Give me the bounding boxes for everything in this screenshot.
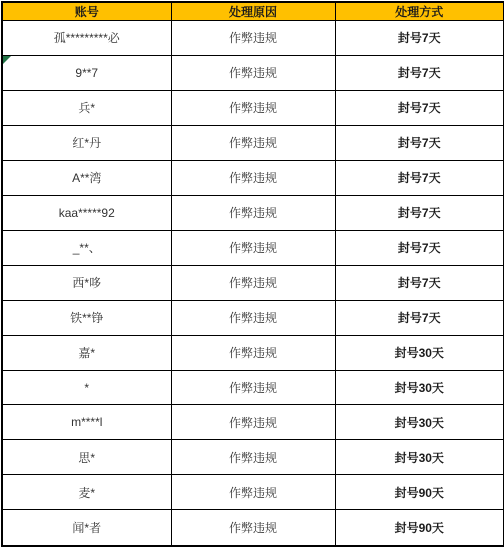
reason-cell: 作弊违规	[171, 405, 335, 440]
action-cell: 封号30天	[335, 335, 504, 370]
table-row: 思*作弊违规封号30天	[2, 440, 504, 475]
header-reason: 处理原因	[171, 2, 335, 21]
table-body: 孤*********必作弊违规封号7天9**7作弊违规封号7天兵*作弊违规封号7…	[2, 21, 504, 547]
action-cell: 封号90天	[335, 475, 504, 510]
action-cell: 封号7天	[335, 230, 504, 265]
page: 账号 处理原因 处理方式 孤*********必作弊违规封号7天9**7作弊违规…	[0, 0, 504, 550]
account-cell: 嘉*	[2, 335, 171, 370]
action-cell: 封号7天	[335, 195, 504, 230]
table-row: 兵*作弊违规封号7天	[2, 90, 504, 125]
table-row: 孤*********必作弊违规封号7天	[2, 21, 504, 56]
table-row: _**、作弊违规封号7天	[2, 230, 504, 265]
reason-cell: 作弊违规	[171, 21, 335, 56]
account-cell: _**、	[2, 230, 171, 265]
reason-cell: 作弊违规	[171, 125, 335, 160]
action-cell: 封号7天	[335, 300, 504, 335]
account-cell: 西*哆	[2, 265, 171, 300]
table-row: 闻*者作弊违规封号90天	[2, 510, 504, 546]
action-cell: 封号7天	[335, 21, 504, 56]
table-row: 9**7作弊违规封号7天	[2, 55, 504, 90]
table-row: *作弊违规封号30天	[2, 370, 504, 405]
cell-corner-marker-icon	[3, 56, 11, 64]
action-cell: 封号7天	[335, 265, 504, 300]
table-row: m****l作弊违规封号30天	[2, 405, 504, 440]
reason-cell: 作弊违规	[171, 300, 335, 335]
reason-cell: 作弊违规	[171, 335, 335, 370]
header-action: 处理方式	[335, 2, 504, 21]
account-cell: 铁**铮	[2, 300, 171, 335]
reason-cell: 作弊违规	[171, 195, 335, 230]
reason-cell: 作弊违规	[171, 230, 335, 265]
table-row: 红*丹作弊违规封号7天	[2, 125, 504, 160]
account-cell: 9**7	[2, 55, 171, 90]
account-cell: 闻*者	[2, 510, 171, 546]
account-cell: kaa*****92	[2, 195, 171, 230]
table-row: 西*哆作弊违规封号7天	[2, 265, 504, 300]
table-row: kaa*****92作弊违规封号7天	[2, 195, 504, 230]
reason-cell: 作弊违规	[171, 370, 335, 405]
account-cell: *	[2, 370, 171, 405]
table-row: 铁**铮作弊违规封号7天	[2, 300, 504, 335]
account-cell: 孤*********必	[2, 21, 171, 56]
action-cell: 封号30天	[335, 405, 504, 440]
account-cell: A**湾	[2, 160, 171, 195]
action-cell: 封号90天	[335, 510, 504, 546]
table-row: 麦*作弊违规封号90天	[2, 475, 504, 510]
punishment-table: 账号 处理原因 处理方式 孤*********必作弊违规封号7天9**7作弊违规…	[1, 1, 504, 547]
reason-cell: 作弊违规	[171, 475, 335, 510]
table-row: A**湾作弊违规封号7天	[2, 160, 504, 195]
action-cell: 封号7天	[335, 125, 504, 160]
action-cell: 封号30天	[335, 440, 504, 475]
header-account: 账号	[2, 2, 171, 21]
action-cell: 封号7天	[335, 55, 504, 90]
reason-cell: 作弊违规	[171, 90, 335, 125]
account-cell: 兵*	[2, 90, 171, 125]
reason-cell: 作弊违规	[171, 55, 335, 90]
reason-cell: 作弊违规	[171, 160, 335, 195]
account-cell: m****l	[2, 405, 171, 440]
header-row: 账号 处理原因 处理方式	[2, 2, 504, 21]
action-cell: 封号7天	[335, 160, 504, 195]
action-cell: 封号30天	[335, 370, 504, 405]
account-cell: 红*丹	[2, 125, 171, 160]
account-cell: 麦*	[2, 475, 171, 510]
action-cell: 封号7天	[335, 90, 504, 125]
reason-cell: 作弊违规	[171, 265, 335, 300]
reason-cell: 作弊违规	[171, 510, 335, 546]
account-cell: 思*	[2, 440, 171, 475]
table-row: 嘉*作弊违规封号30天	[2, 335, 504, 370]
reason-cell: 作弊违规	[171, 440, 335, 475]
